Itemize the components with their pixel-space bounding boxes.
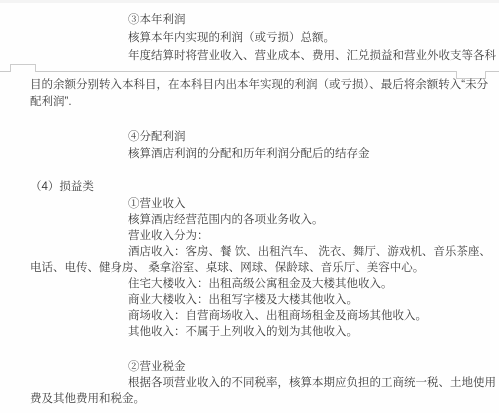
text-line: 根据各项营业收入的不同税率，核算本期应负担的工商统一税、土地使用 — [128, 376, 496, 391]
text-line: （4）损益类 — [30, 180, 94, 195]
page-break-line — [0, 71, 499, 72]
text-line: 商场收入：自营商场收入、出租商场租金及商场其他收入。 — [128, 309, 427, 324]
text-line: ③本年利润 — [128, 13, 186, 28]
text-line: 费及其他费用和税金。 — [30, 392, 145, 407]
text-line: 核算酒店经营范围内的各项业务收入。 — [128, 213, 324, 228]
text-line: 住宅大楼收入：出租高级公寓租金及大楼其他收入。 — [128, 277, 393, 292]
text-line: 商业大楼收入：出租写字楼及大楼其他收入。 — [128, 293, 358, 308]
text-line: 核算酒店利润的分配和历年利润分配后的结存金 — [128, 147, 370, 162]
text-line: 年度结算时将营业收入、营业成本、费用、汇兑损益和营业外收支等各科 — [128, 49, 496, 64]
text-line: 酒店收入：客房、餐 饮、出租汽车、 洗衣、舞厅、游戏机、音乐茶座、 — [128, 245, 491, 260]
document-window: ③本年利润 核算本年内实现的利润（或亏损）总额。 年度结算时将营业收入、营业成本… — [0, 0, 499, 413]
text-line: ②营业税金 — [128, 360, 186, 375]
page-margin-corner-left — [10, 64, 36, 72]
text-line: 配利润”. — [30, 95, 72, 110]
document-edit-surface[interactable]: ③本年利润 核算本年内实现的利润（或亏损）总额。 年度结算时将营业收入、营业成本… — [0, 0, 499, 413]
text-line: 其他收入：不属于上列收入的划为其他收入。 — [128, 325, 358, 340]
text-line: 电话、电传、健身房、 桑拿浴室、桌球、网球、保龄球、音乐厅、美容中心。 — [30, 261, 424, 276]
text-line: 核算本年内实现的利润（或亏损）总额。 — [128, 31, 335, 46]
text-line: ①营业收入 — [128, 197, 186, 212]
text-line: ④分配利润 — [128, 130, 186, 145]
text-line: 营业收入分为： — [128, 229, 209, 244]
text-line: 目的余额分别转入本科目，在本科目内出本年实现的利润（或亏损）、最后将余额转入“未… — [30, 78, 488, 93]
